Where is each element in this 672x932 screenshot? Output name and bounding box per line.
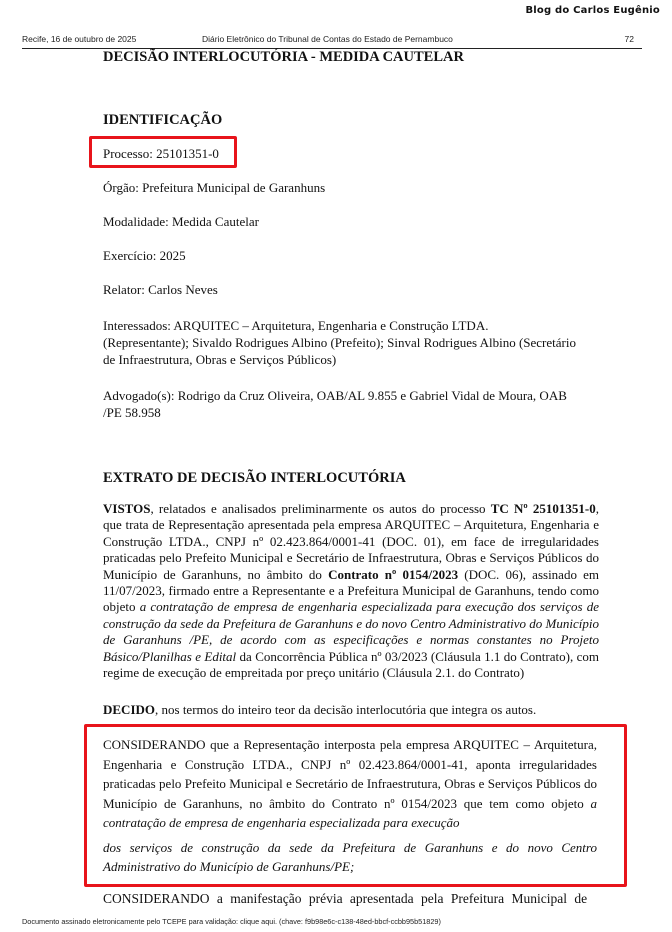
identification-heading: IDENTIFICAÇÃO [103, 112, 222, 129]
vistos-label: VISTOS [103, 501, 150, 516]
decido-label: DECIDO [103, 702, 155, 717]
header-page-number: 72 [625, 34, 634, 44]
header-place-date: Recife, 16 de outubro de 2025 [22, 34, 136, 44]
header-publication: Diário Eletrônico do Tribunal de Contas … [202, 34, 453, 44]
processo-line: Processo: 25101351-0 [103, 146, 219, 162]
considerando-paragraph-1: CONSIDERANDO que a Representação interpo… [103, 735, 597, 833]
contract-number: Contrato nº 0154/2023 [328, 567, 458, 582]
tc-number: TC Nº 25101351-0 [491, 501, 596, 516]
document-title: DECISÃO INTERLOCUTÓRIA - MEDIDA CAUTELAR [103, 49, 464, 66]
blog-watermark: Blog do Carlos Eugênio [525, 5, 660, 16]
page-header: Recife, 16 de outubro de 2025 Diário Ele… [22, 34, 642, 49]
advogados-line-2: /PE 58.958 [103, 405, 161, 421]
advogados-line-1: Advogado(s): Rodrigo da Cruz Oliveira, O… [103, 388, 567, 404]
interessados-line-1: Interessados: ARQUITEC – Arquitetura, En… [103, 318, 488, 334]
signature-footer[interactable]: Documento assinado eletronicamente pelo … [22, 917, 441, 926]
relator-line: Relator: Carlos Neves [103, 282, 218, 298]
considerando-paragraph-2: CONSIDERANDO a manifestação prévia apres… [103, 891, 587, 907]
extract-heading: EXTRATO DE DECISÃO INTERLOCUTÓRIA [103, 470, 406, 487]
vistos-paragraph: VISTOS, relatados e analisados prelimina… [103, 501, 599, 681]
exercicio-line: Exercício: 2025 [103, 248, 186, 264]
considerando-italic-continuation: dos serviços de construção da sede da Pr… [103, 838, 597, 876]
decido-paragraph: DECIDO, nos termos do inteiro teor da de… [103, 702, 599, 718]
orgao-line: Órgão: Prefeitura Municipal de Garanhuns [103, 180, 325, 196]
interessados-line-3: de Infraestrutura, Obras e Serviços Públ… [103, 352, 336, 368]
modalidade-line: Modalidade: Medida Cautelar [103, 214, 259, 230]
interessados-line-2: (Representante); Sivaldo Rodrigues Albin… [103, 335, 576, 351]
